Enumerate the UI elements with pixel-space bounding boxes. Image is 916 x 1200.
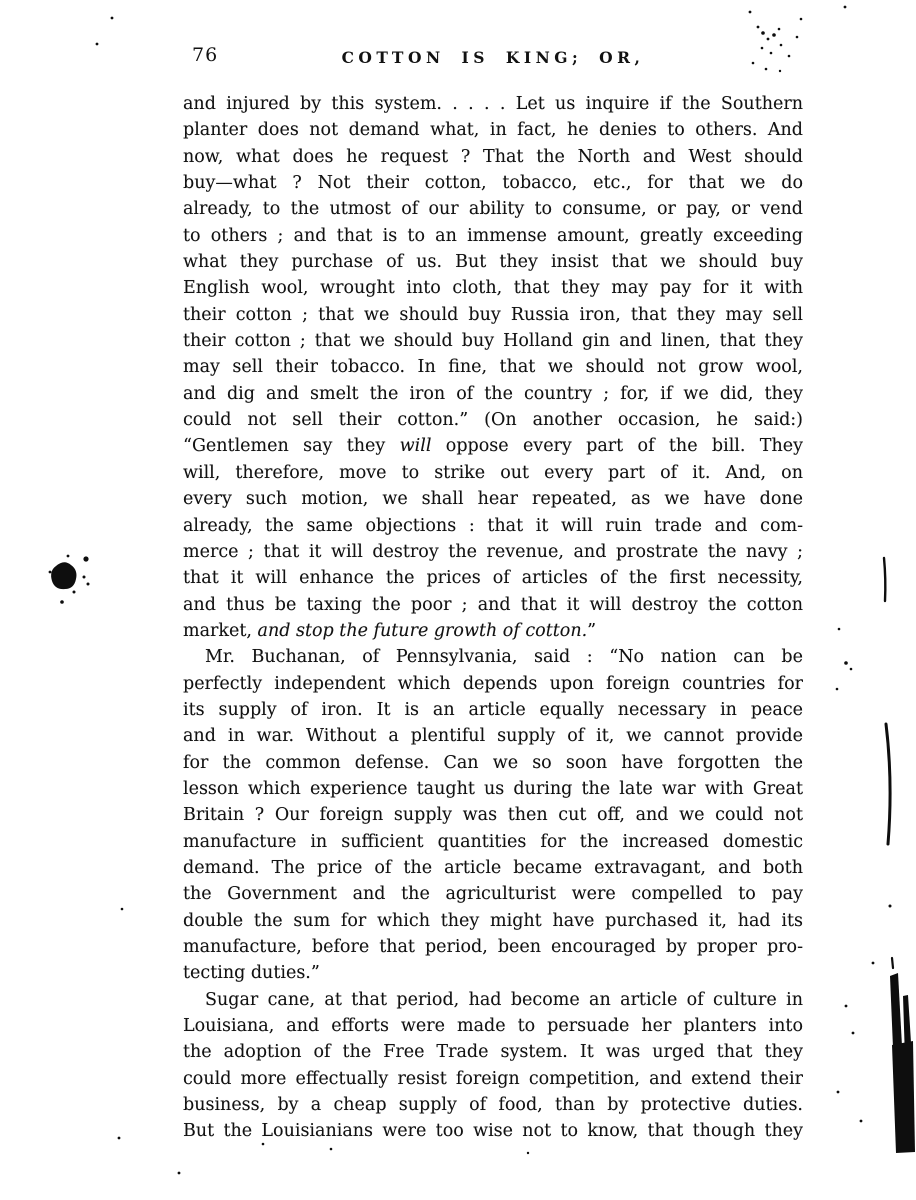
ink-blot	[49, 555, 90, 604]
text-line: that it will enhance the prices of artic…	[183, 565, 803, 591]
text-line: what they purchase of us. But they insis…	[183, 249, 803, 275]
text-line: business, by a cheap supply of food, tha…	[183, 1092, 803, 1118]
text-line: demand. The price of the article became …	[183, 855, 803, 881]
scan-wedge-artifact	[890, 973, 915, 1153]
text-line: Louisiana, and efforts were made to pers…	[183, 1013, 803, 1039]
running-head: COTTON IS KING; OR,	[183, 48, 803, 67]
text-line: its supply of iron. It is an article equ…	[183, 697, 803, 723]
text-line: manufacture, before that period, been en…	[183, 934, 803, 960]
text-line: every such motion, we shall hear repeate…	[183, 486, 803, 512]
text-line: English wool, wrought into cloth, that t…	[183, 275, 803, 301]
text-line: already, to the utmost of our ability to…	[183, 196, 803, 222]
text-line: buy—what ? Not their cotton, tobacco, et…	[183, 170, 803, 196]
text-line: for the common defense. Can we so soon h…	[183, 750, 803, 776]
text-line: perfectly independent which depends upon…	[183, 671, 803, 697]
text-line: the Government and the agriculturist wer…	[183, 881, 803, 907]
text-line: and injured by this system. . . . . Let …	[183, 91, 803, 117]
italic-text-segment: will	[400, 436, 432, 456]
text-line: and thus be taxing the poor ; and that i…	[183, 592, 803, 618]
text-line: double the sum for which they might have…	[183, 908, 803, 934]
text-line: market, and stop the future growth of co…	[183, 618, 803, 644]
text-line: and dig and smelt the iron of the countr…	[183, 381, 803, 407]
text-line: planter does not demand what, in fact, h…	[183, 117, 803, 143]
body-text: and injured by this system. . . . . Let …	[183, 91, 803, 1145]
scan-line-artifact	[884, 558, 893, 968]
text-line: to others ; and that is to an immense am…	[183, 223, 803, 249]
text-line: and in war. Without a plentiful supply o…	[183, 723, 803, 749]
text-line: could more effectually resist foreign co…	[183, 1066, 803, 1092]
book-page: 76 COTTON IS KING; OR, and injured by th…	[0, 0, 916, 1200]
text-line: their cotton ; that we should buy Hollan…	[183, 328, 803, 354]
text-line: Mr. Buchanan, of Pennsylvania, said : “N…	[183, 644, 803, 670]
text-line: But the Louisianians were too wise not t…	[183, 1118, 803, 1144]
text-line: manufacture in sufficient quantities for…	[183, 829, 803, 855]
text-line: Britain ? Our foreign supply was then cu…	[183, 802, 803, 828]
text-line: merce ; that it will destroy the revenue…	[183, 539, 803, 565]
text-segment: “Gentlemen say they	[183, 436, 400, 456]
italic-text-segment: and stop the future growth of cotton.	[258, 621, 588, 641]
text-segment: market,	[183, 621, 258, 641]
text-segment: oppose every part of the bill. They	[431, 436, 803, 456]
text-line: now, what does he request ? That the Nor…	[183, 144, 803, 170]
text-line: may sell their tobacco. In fine, that we…	[183, 354, 803, 380]
text-line: their cotton ; that we should buy Russia…	[183, 302, 803, 328]
text-line: Sugar cane, at that period, had become a…	[183, 987, 803, 1013]
text-line: already, the same objections : that it w…	[183, 513, 803, 539]
text-line: could not sell their cotton.” (On anothe…	[183, 407, 803, 433]
text-line: “Gentlemen say they will oppose every pa…	[183, 433, 803, 459]
text-line: the adoption of the Free Trade system. I…	[183, 1039, 803, 1065]
text-line: lesson which experience taught us during…	[183, 776, 803, 802]
text-line: tecting duties.”	[183, 960, 803, 986]
text-line: will, therefore, move to strike out ever…	[183, 460, 803, 486]
text-segment: ”	[587, 621, 596, 641]
